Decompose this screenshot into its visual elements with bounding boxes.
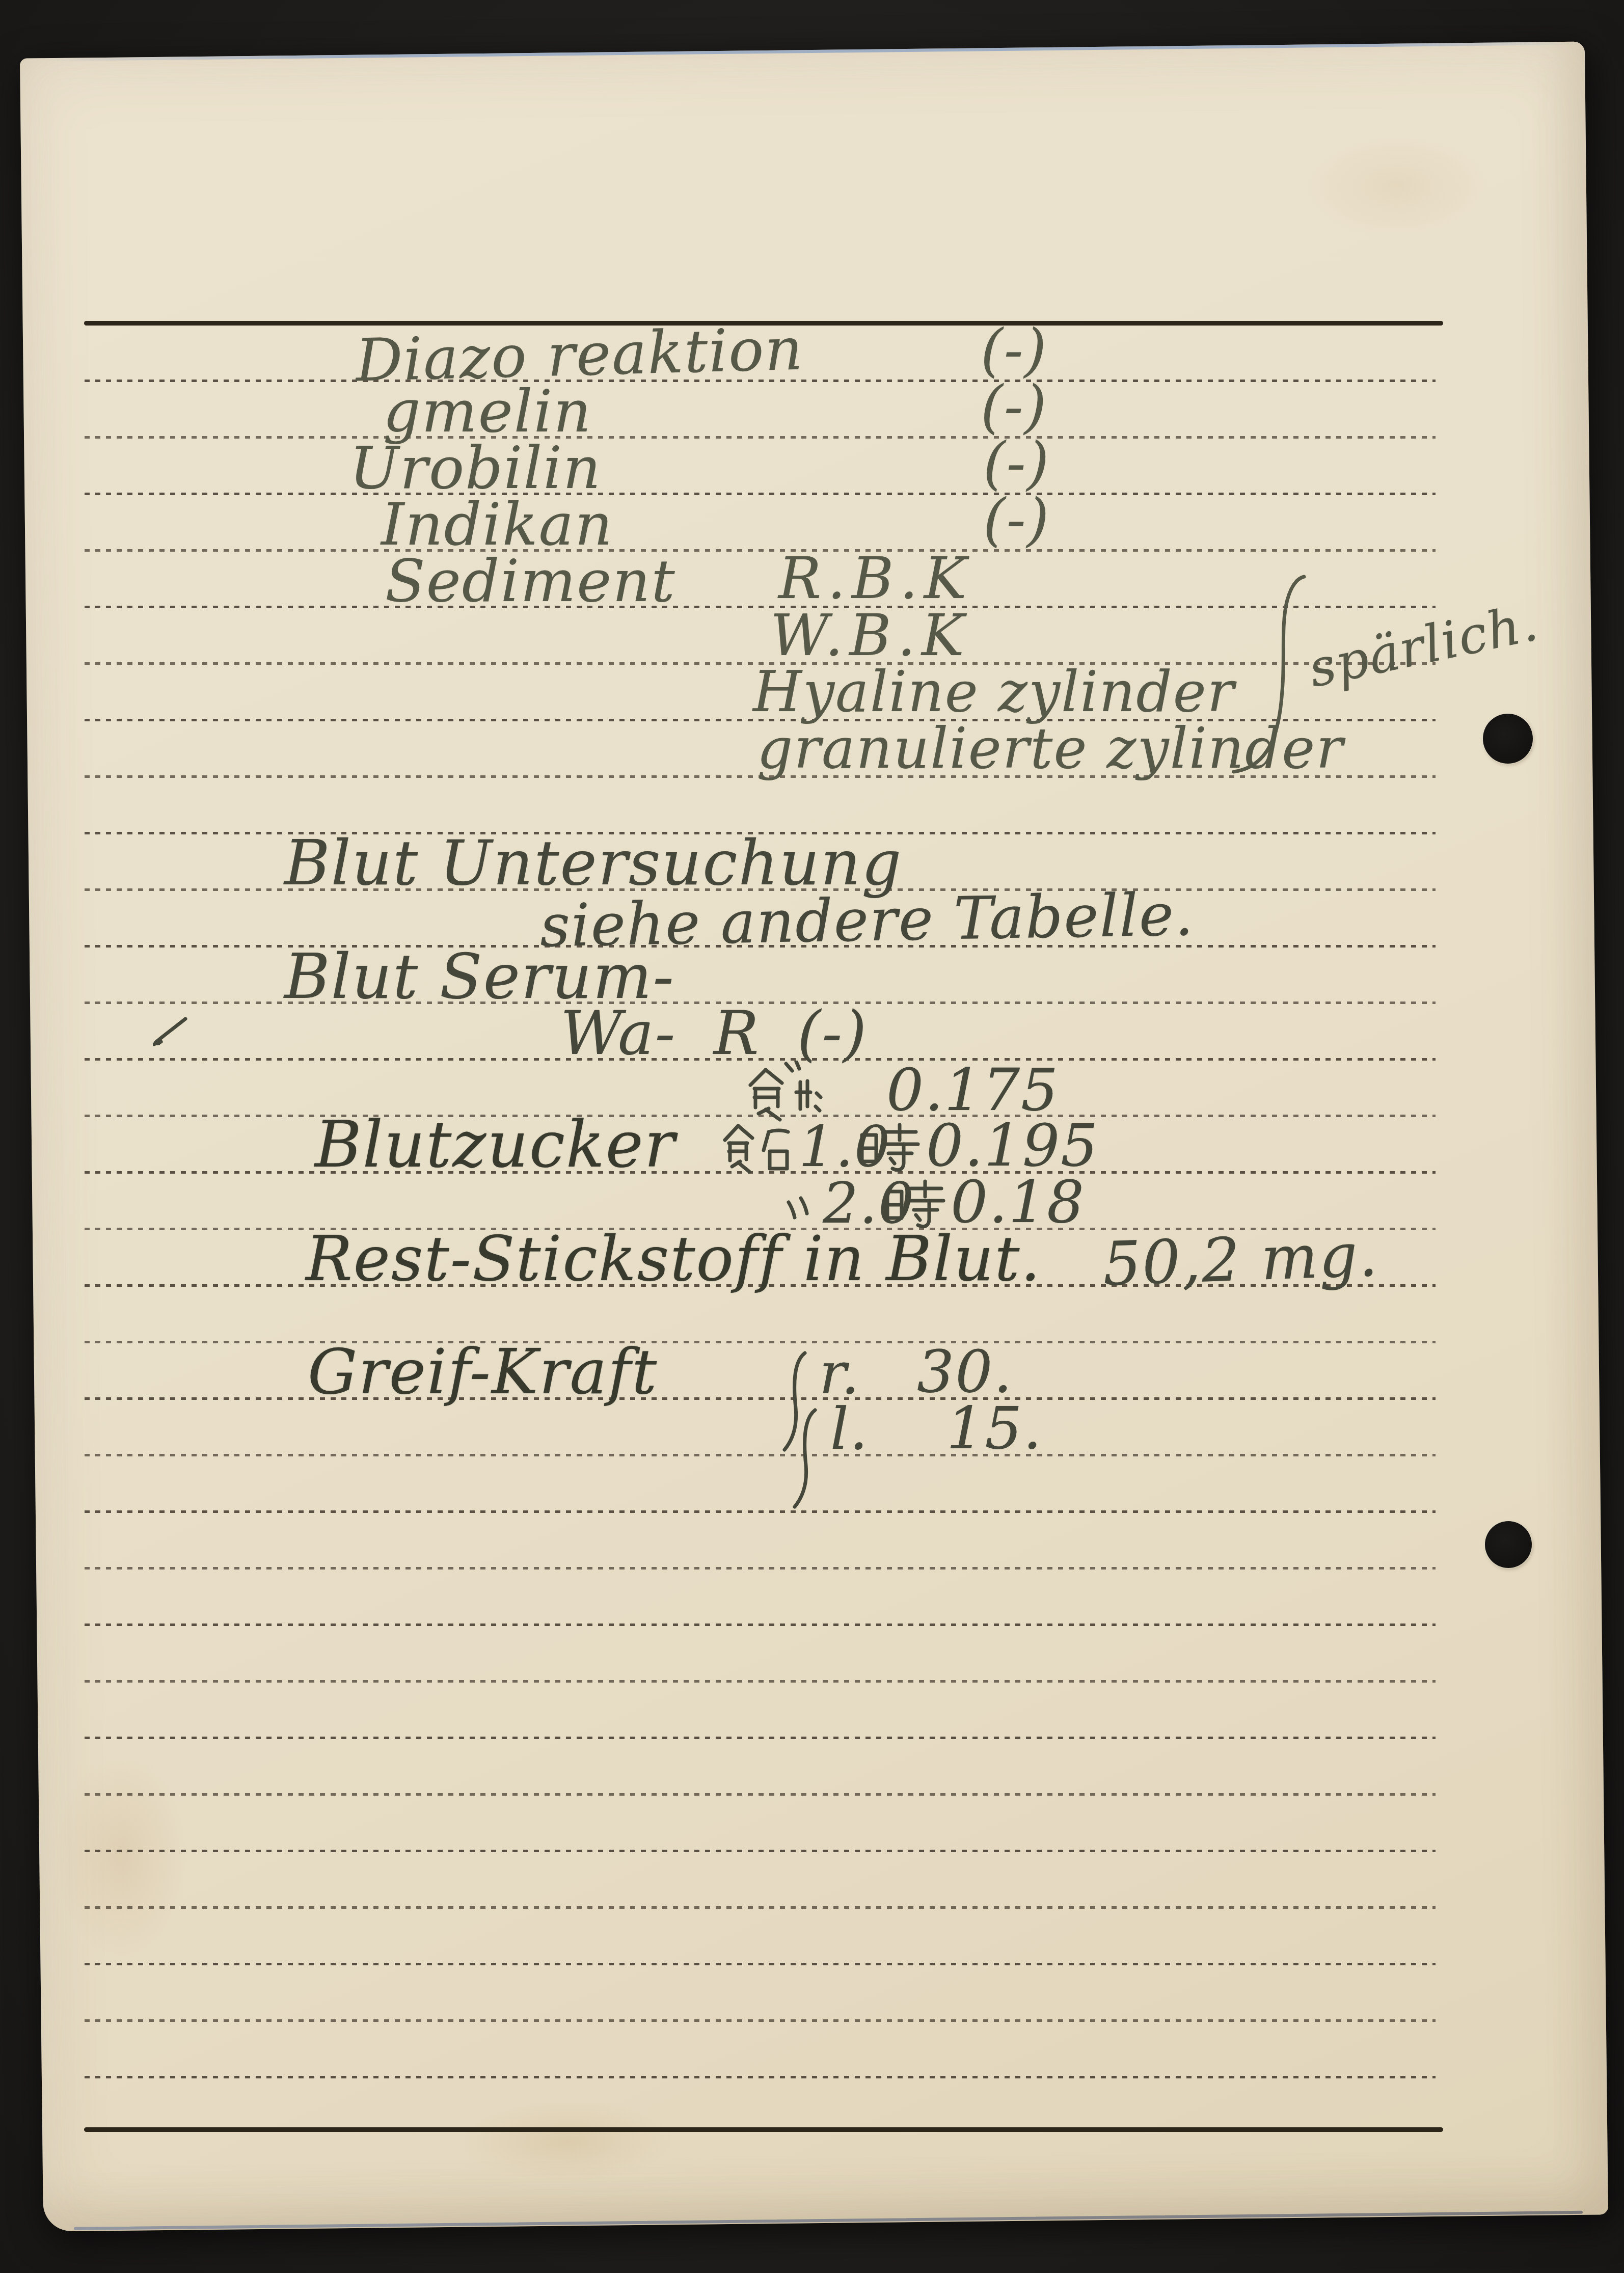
kanji-ji-1 — [857, 1119, 921, 1176]
sediment-label: Sediment — [385, 552, 676, 611]
grip-right-value: 30. — [917, 1343, 1013, 1401]
sediment-note: spärlich. — [1305, 597, 1543, 695]
grip-left-value: 15. — [946, 1399, 1043, 1458]
blood-heading: Blut Untersuchung — [284, 832, 902, 894]
urobilin-label: Urobilin — [349, 439, 602, 498]
bottom-rule-line — [84, 2127, 1443, 2132]
blutzucker-label: Blutzucker — [315, 1113, 675, 1177]
ruled-line — [85, 1567, 1436, 1570]
ruled-line — [85, 2076, 1436, 2078]
urobilin-value: (-) — [983, 435, 1050, 492]
rest-stickstoff-label: Rest-Stickstoff in Blut. — [306, 1228, 1041, 1290]
sediment-item-rbk: R.B.K — [778, 550, 973, 607]
ruled-line — [85, 1737, 1436, 1739]
grip-brace-left — [789, 1408, 821, 1510]
sediment-brace — [1222, 574, 1313, 777]
gmelin-value: (-) — [981, 378, 1047, 436]
ruled-line — [85, 549, 1436, 552]
ruled-line — [85, 1397, 1436, 1400]
ruled-line — [85, 1963, 1436, 1965]
ruled-line — [85, 1906, 1436, 1909]
grip-right-label: r. — [819, 1345, 860, 1402]
ruled-line — [85, 2019, 1436, 2022]
rest-stickstoff-value: 50,2 mg. — [1102, 1225, 1379, 1294]
scanned-notebook-page: Diazo reaktion (-) gmelin (-) Urobilin (… — [0, 0, 1624, 2273]
ruled-line — [85, 493, 1436, 495]
ruled-line — [85, 1454, 1436, 1456]
greif-kraft-label: Greif-Kraft — [308, 1341, 658, 1403]
gmelin-label: gmelin — [383, 383, 592, 441]
ruled-line — [85, 436, 1436, 439]
sediment-item-wbk: W.B.K — [770, 607, 970, 664]
stray-ink-mark — [153, 1013, 188, 1048]
blutzucker-after1-value: 0.195 — [926, 1117, 1099, 1175]
blutzucker-fasting-value: 0.175 — [886, 1061, 1059, 1120]
ruled-line — [85, 1510, 1436, 1513]
kanji-shokugo — [716, 1121, 792, 1178]
ruled-line — [85, 1341, 1436, 1343]
ruled-line — [85, 1793, 1436, 1796]
diazo-value: (-) — [981, 322, 1047, 379]
ruled-line — [85, 1850, 1436, 1852]
indikan-label: Indikan — [381, 496, 613, 554]
ruled-line — [85, 1680, 1436, 1683]
page-content: Diazo reaktion (-) gmelin (-) Urobilin (… — [0, 0, 1624, 2273]
punch-hole-bottom — [1485, 1521, 1532, 1568]
indikan-value: (-) — [983, 492, 1050, 549]
wassermann-value: Wa- R (-) — [560, 1003, 868, 1063]
punch-hole-top — [1483, 714, 1533, 764]
ruled-line — [85, 1623, 1436, 1626]
grip-left-label: l. — [830, 1401, 869, 1458]
sediment-item-hyaline: Hyaline zylinder — [753, 664, 1235, 720]
